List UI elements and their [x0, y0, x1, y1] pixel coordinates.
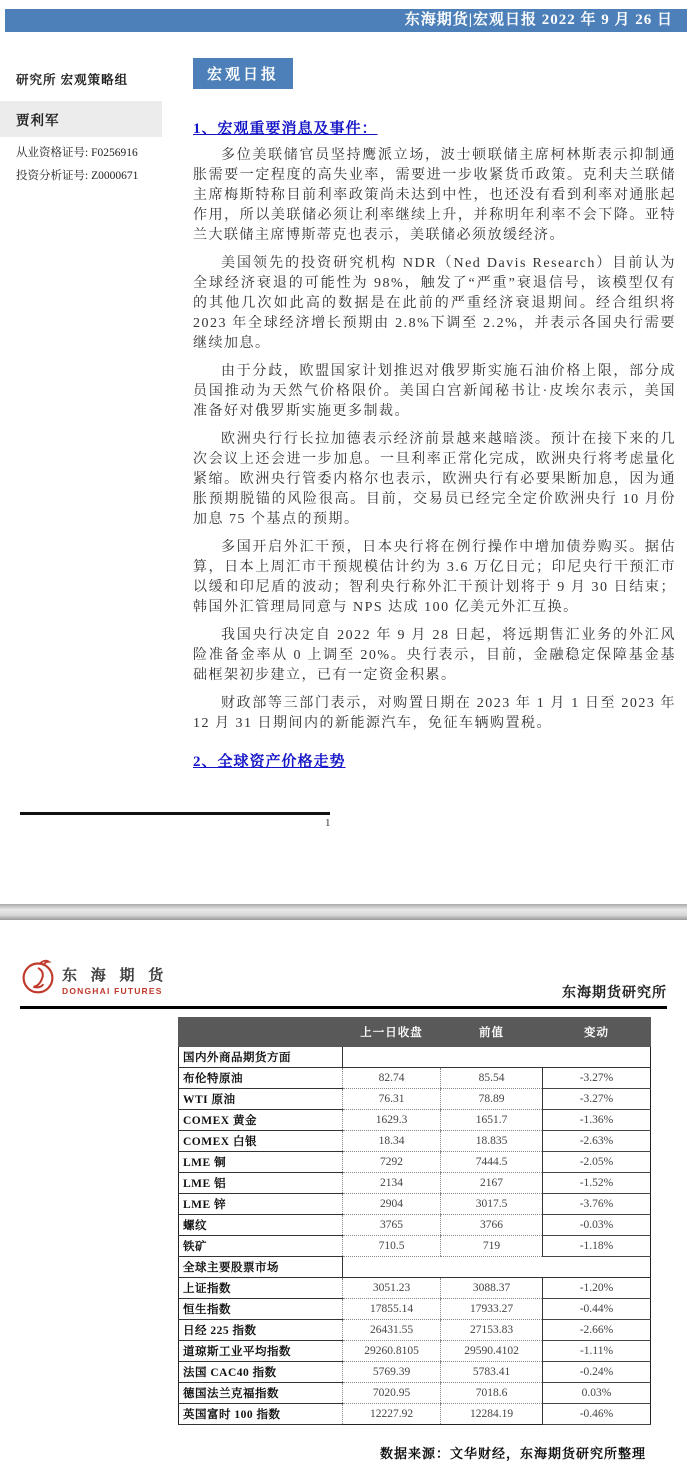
row-label: LME 铝 — [179, 1173, 343, 1194]
data-source-note: 数据来源：文华财经，东海期货研究所整理 — [178, 1443, 646, 1462]
global-asset-price-table: 上一日收盘前值变动 国内外商品期货方面布伦特原油82.7485.54-3.27%… — [178, 1017, 651, 1425]
row-label: COMEX 黄金 — [179, 1110, 343, 1131]
row-label: 螺纹 — [179, 1215, 343, 1236]
category-row: 全球主要股票市场 — [179, 1257, 651, 1278]
close-value: 7292 — [343, 1152, 441, 1173]
donghai-seahorse-icon — [20, 956, 56, 1003]
table-row: COMEX 黄金1629.31651.7-1.36% — [179, 1110, 651, 1131]
paragraph-pboc-reserve: 我国央行决定自 2022 年 9 月 28 日起，将远期售汇业务的外汇风险准备金… — [193, 626, 676, 686]
row-label: 日经 225 指数 — [179, 1320, 343, 1341]
section1-heading[interactable]: 1、宏观重要消息及事件： — [193, 117, 676, 138]
table-row: LME 锌29043017.5-3.76% — [179, 1194, 651, 1215]
row-label: 英国富时 100 指数 — [179, 1404, 343, 1425]
page2-header-rule — [20, 1006, 667, 1009]
column-header — [179, 1018, 343, 1047]
row-label: 铁矿 — [179, 1236, 343, 1257]
previous-value: 3766 — [441, 1215, 543, 1236]
close-value: 2904 — [343, 1194, 441, 1215]
close-value: 1629.3 — [343, 1110, 441, 1131]
paragraph-fx-intervention: 多国开启外汇干预，日本央行将在例行操作中增加债券购买。据估算，日本上周汇市干预规… — [193, 538, 676, 618]
change-value: -0.24% — [543, 1362, 651, 1383]
table-row: LME 铝21342167-1.52% — [179, 1173, 651, 1194]
row-label: LME 锌 — [179, 1194, 343, 1215]
change-value: -1.20% — [543, 1278, 651, 1299]
change-value: -1.11% — [543, 1341, 651, 1362]
row-label: WTI 原油 — [179, 1089, 343, 1110]
previous-value: 27153.83 — [441, 1320, 543, 1341]
change-value: -1.36% — [543, 1110, 651, 1131]
row-label: 上证指数 — [179, 1278, 343, 1299]
category-empty-cell — [343, 1047, 651, 1068]
category-empty-cell — [343, 1257, 651, 1278]
report-header-bar: 东海期货|宏观日报 2022 年 9 月 26 日 — [5, 9, 687, 32]
previous-value: 719 — [441, 1236, 543, 1257]
previous-value: 12284.19 — [441, 1404, 543, 1425]
previous-value: 85.54 — [441, 1068, 543, 1089]
close-value: 26431.55 — [343, 1320, 441, 1341]
footer-divider — [20, 812, 330, 815]
table-row: 英国富时 100 指数12227.9212284.19-0.46% — [179, 1404, 651, 1425]
column-header: 变动 — [543, 1018, 651, 1047]
close-value: 29260.8105 — [343, 1341, 441, 1362]
page-number: 1 — [325, 817, 331, 829]
table-row: 恒生指数17855.1417933.27-0.44% — [179, 1299, 651, 1320]
table-row: WTI 原油76.3178.89-3.27% — [179, 1089, 651, 1110]
paragraph-eu-oil-cap: 由于分歧，欧盟国家计划推迟对俄罗斯实施石油价格上限，部分成员国推动为天然气价格限… — [193, 362, 676, 422]
table-row: 法国 CAC40 指数5769.395783.41-0.24% — [179, 1362, 651, 1383]
previous-value: 78.89 — [441, 1089, 543, 1110]
table-row: 上证指数3051.233088.37-1.20% — [179, 1278, 651, 1299]
research-team-label: 研究所 宏观策略组 — [0, 70, 170, 88]
previous-value: 2167 — [441, 1173, 543, 1194]
column-header: 前值 — [441, 1018, 543, 1047]
price-table-body: 国内外商品期货方面布伦特原油82.7485.54-3.27%WTI 原油76.3… — [179, 1047, 651, 1425]
report-title: 东海期货|宏观日报 2022 年 9 月 26 日 — [405, 12, 673, 28]
previous-value: 5783.41 — [441, 1362, 543, 1383]
row-label: 国内外商品期货方面 — [179, 1047, 343, 1068]
change-value: -0.44% — [543, 1299, 651, 1320]
close-value: 3765 — [343, 1215, 441, 1236]
table-row: 铁矿710.5719-1.18% — [179, 1236, 651, 1257]
close-value: 82.74 — [343, 1068, 441, 1089]
row-label: 恒生指数 — [179, 1299, 343, 1320]
previous-value: 18.835 — [441, 1131, 543, 1152]
section2-heading[interactable]: 2、全球资产价格走势 — [193, 750, 676, 771]
row-label: 法国 CAC40 指数 — [179, 1362, 343, 1383]
author-sidebar: 研究所 宏观策略组 贾利军 从业资格证号: F0256916 投资分析证号: Z… — [0, 70, 170, 183]
logo-text-en: DONGHAI FUTURES — [62, 986, 168, 996]
change-value: 0.03% — [543, 1383, 651, 1404]
change-value: -2.66% — [543, 1320, 651, 1341]
column-header: 上一日收盘 — [343, 1018, 441, 1047]
previous-value: 1651.7 — [441, 1110, 543, 1131]
previous-value: 3017.5 — [441, 1194, 543, 1215]
logo-text-cn: 东 海 期 货 — [62, 964, 168, 985]
table-row: 德国法兰克福指数7020.957018.60.03% — [179, 1383, 651, 1404]
row-label: 道琼斯工业平均指数 — [179, 1341, 343, 1362]
row-label: 德国法兰克福指数 — [179, 1383, 343, 1404]
table-row: 日经 225 指数26431.5527153.83-2.66% — [179, 1320, 651, 1341]
change-value: -0.46% — [543, 1404, 651, 1425]
page-separator — [0, 904, 687, 920]
change-value: -0.03% — [543, 1215, 651, 1236]
change-value: -2.63% — [543, 1131, 651, 1152]
paragraph-ndr-recession: 美国领先的投资研究机构 NDR（Ned Davis Research）目前认为全… — [193, 254, 676, 354]
institute-name: 东海期货研究所 — [562, 982, 667, 1002]
previous-value: 7018.6 — [441, 1383, 543, 1404]
report-type-badge: 宏观日报 — [193, 58, 293, 89]
previous-value: 7444.5 — [441, 1152, 543, 1173]
row-label: 全球主要股票市场 — [179, 1257, 343, 1278]
paragraph-nev-tax: 财政部等三部门表示，对购置日期在 2023 年 1 月 1 日至 2023 年 … — [193, 694, 676, 734]
table-row: 布伦特原油82.7485.54-3.27% — [179, 1068, 651, 1089]
close-value: 76.31 — [343, 1089, 441, 1110]
close-value: 7020.95 — [343, 1383, 441, 1404]
analyst-band: 贾利军 — [0, 101, 162, 137]
close-value: 18.34 — [343, 1131, 441, 1152]
category-row: 国内外商品期货方面 — [179, 1047, 651, 1068]
page2-header: 东 海 期 货 DONGHAI FUTURES 东海期货研究所 — [20, 956, 667, 1004]
table-row: 螺纹37653766-0.03% — [179, 1215, 651, 1236]
previous-value: 3088.37 — [441, 1278, 543, 1299]
practice-cert-number: 从业资格证号: F0256916 — [0, 144, 170, 160]
row-label: COMEX 白银 — [179, 1131, 343, 1152]
close-value: 2134 — [343, 1173, 441, 1194]
close-value: 12227.92 — [343, 1404, 441, 1425]
row-label: LME 铜 — [179, 1152, 343, 1173]
table-row: COMEX 白银18.3418.835-2.63% — [179, 1131, 651, 1152]
close-value: 3051.23 — [343, 1278, 441, 1299]
change-value: -1.52% — [543, 1173, 651, 1194]
previous-value: 29590.4102 — [441, 1341, 543, 1362]
change-value: -3.76% — [543, 1194, 651, 1215]
close-value: 5769.39 — [343, 1362, 441, 1383]
paragraph-ecb-lagarde: 欧洲央行行长拉加德表示经济前景越来越暗淡。预计在接下来的几次会议上还会进一步加息… — [193, 430, 676, 530]
change-value: -3.27% — [543, 1068, 651, 1089]
analyst-name: 贾利军 — [16, 113, 60, 128]
table-header-row: 上一日收盘前值变动 — [179, 1018, 651, 1047]
change-value: -1.18% — [543, 1236, 651, 1257]
table-row: 道琼斯工业平均指数29260.810529590.4102-1.11% — [179, 1341, 651, 1362]
previous-value: 17933.27 — [441, 1299, 543, 1320]
table-row: LME 铜72927444.5-2.05% — [179, 1152, 651, 1173]
change-value: -2.05% — [543, 1152, 651, 1173]
analysis-cert-number: 投资分析证号: Z0000671 — [0, 167, 170, 183]
close-value: 710.5 — [343, 1236, 441, 1257]
close-value: 17855.14 — [343, 1299, 441, 1320]
change-value: -3.27% — [543, 1089, 651, 1110]
row-label: 布伦特原油 — [179, 1068, 343, 1089]
report-body: 宏观日报 1、宏观重要消息及事件： 多位美联储官员坚持鹰派立场，波士顿联储主席柯… — [193, 58, 676, 771]
paragraph-fed-officials: 多位美联储官员坚持鹰派立场，波士顿联储主席柯林斯表示抑制通胀需要一定程度的高失业… — [193, 146, 676, 246]
